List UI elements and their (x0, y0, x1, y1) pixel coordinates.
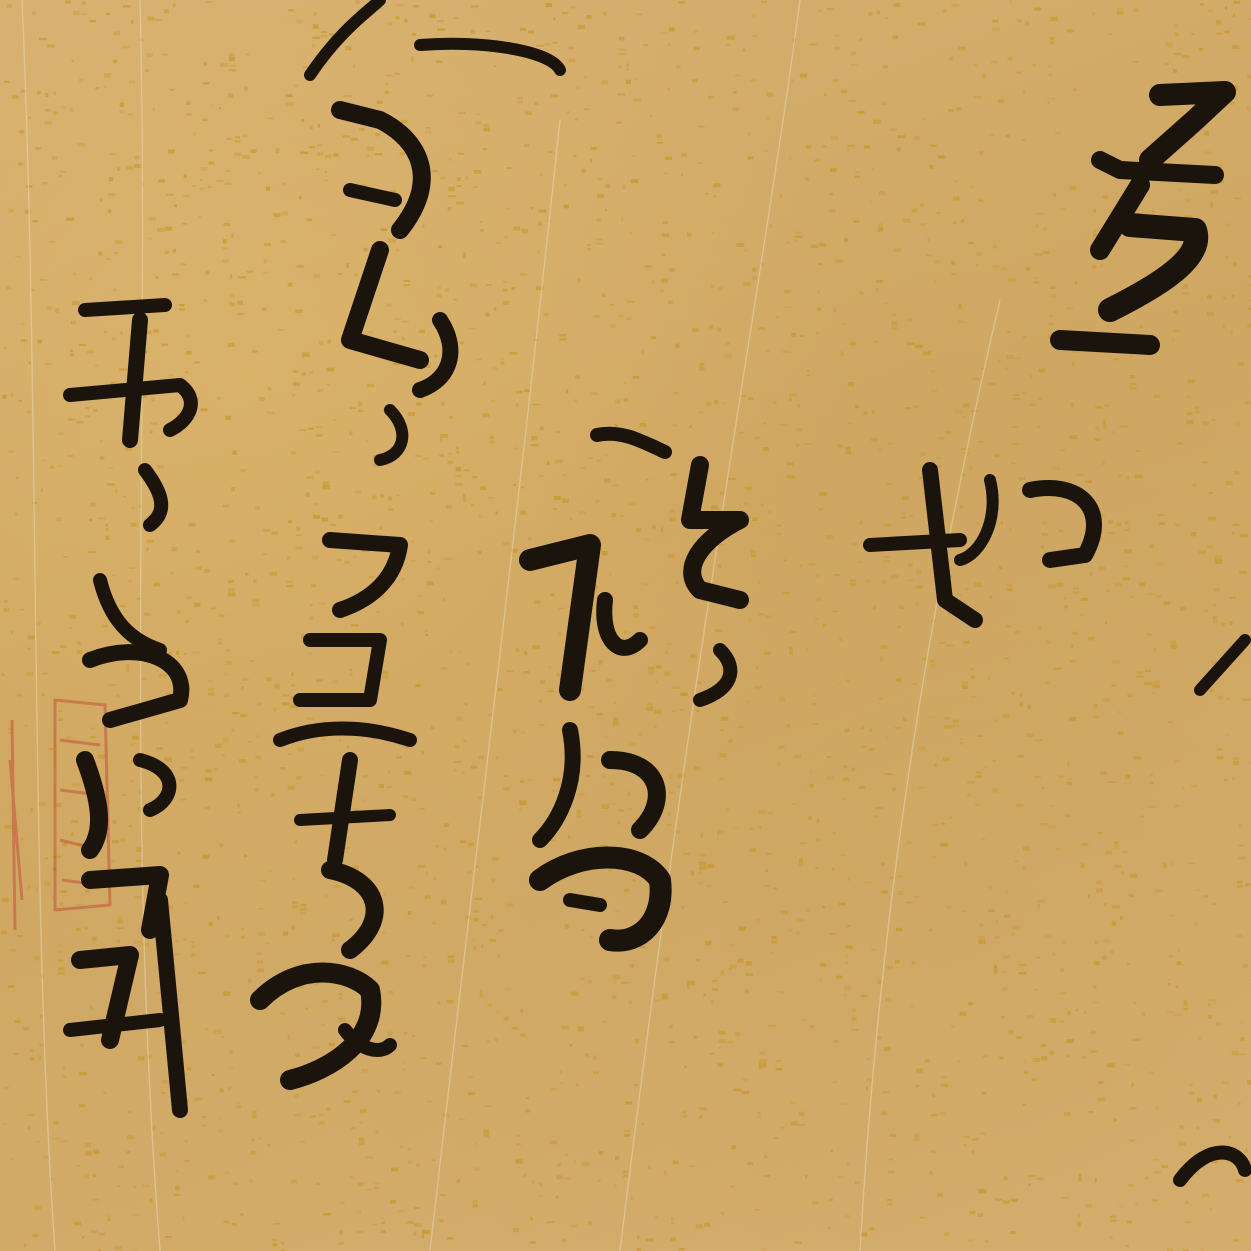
char-wei (530, 434, 740, 700)
column-4-chars (70, 305, 191, 1110)
char-ji (540, 730, 661, 941)
char-ye (870, 470, 1094, 620)
char-gai (1060, 92, 1225, 345)
calligraphy-ink (0, 0, 1251, 1251)
column-3-chars (260, 0, 560, 1080)
